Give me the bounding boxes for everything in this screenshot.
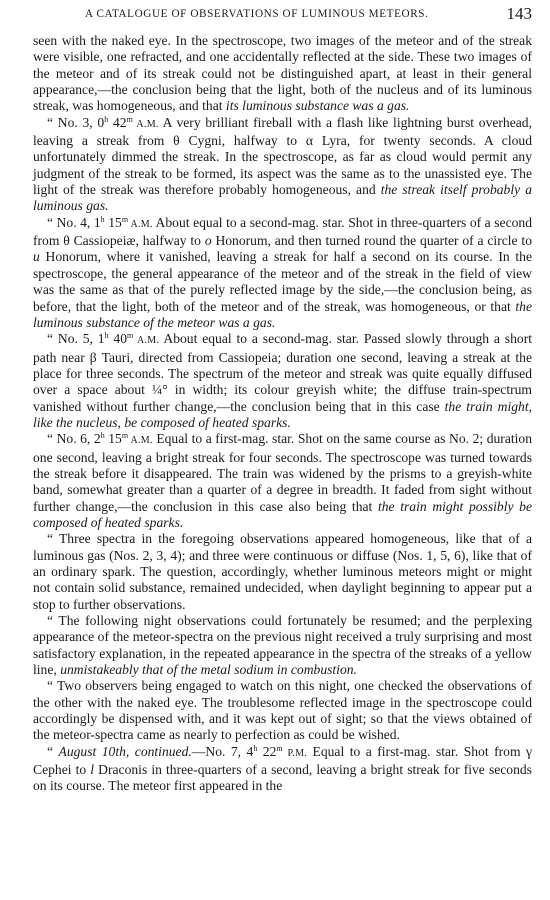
running-title: A CATALOGUE OF OBSERVATIONS OF LUMINOUS … (85, 8, 429, 20)
body-text: seen with the naked eye. In the spectros… (33, 33, 532, 795)
page-header: A CATALOGUE OF OBSERVATIONS OF LUMINOUS … (33, 4, 532, 26)
paragraph-observation-5: “ No. 5, 1h 40m A.M. About equal to a se… (33, 331, 532, 431)
paragraph-observation-7: “ August 10th, continued.—No. 7, 4h 22m … (33, 744, 532, 795)
page-number: 143 (507, 4, 533, 24)
paragraph-observation-6: “ No. 6, 2h 15m A.M. Equal to a first-ma… (33, 431, 532, 531)
paragraph-summary-spectra: “ Three spectra in the foregoing observa… (33, 531, 532, 613)
paragraph-observation-3: “ No. 3, 0h 42m A.M. A very brilliant fi… (33, 115, 532, 215)
paragraph-continuation: seen with the naked eye. In the spectros… (33, 33, 532, 115)
paragraph-observation-4: “ No. 4, 1h 15m A.M. About equal to a se… (33, 215, 532, 331)
paragraph-two-observers: “ Two observers being engaged to watch o… (33, 678, 532, 743)
paragraph-following-night: “ The following night observations could… (33, 613, 532, 678)
